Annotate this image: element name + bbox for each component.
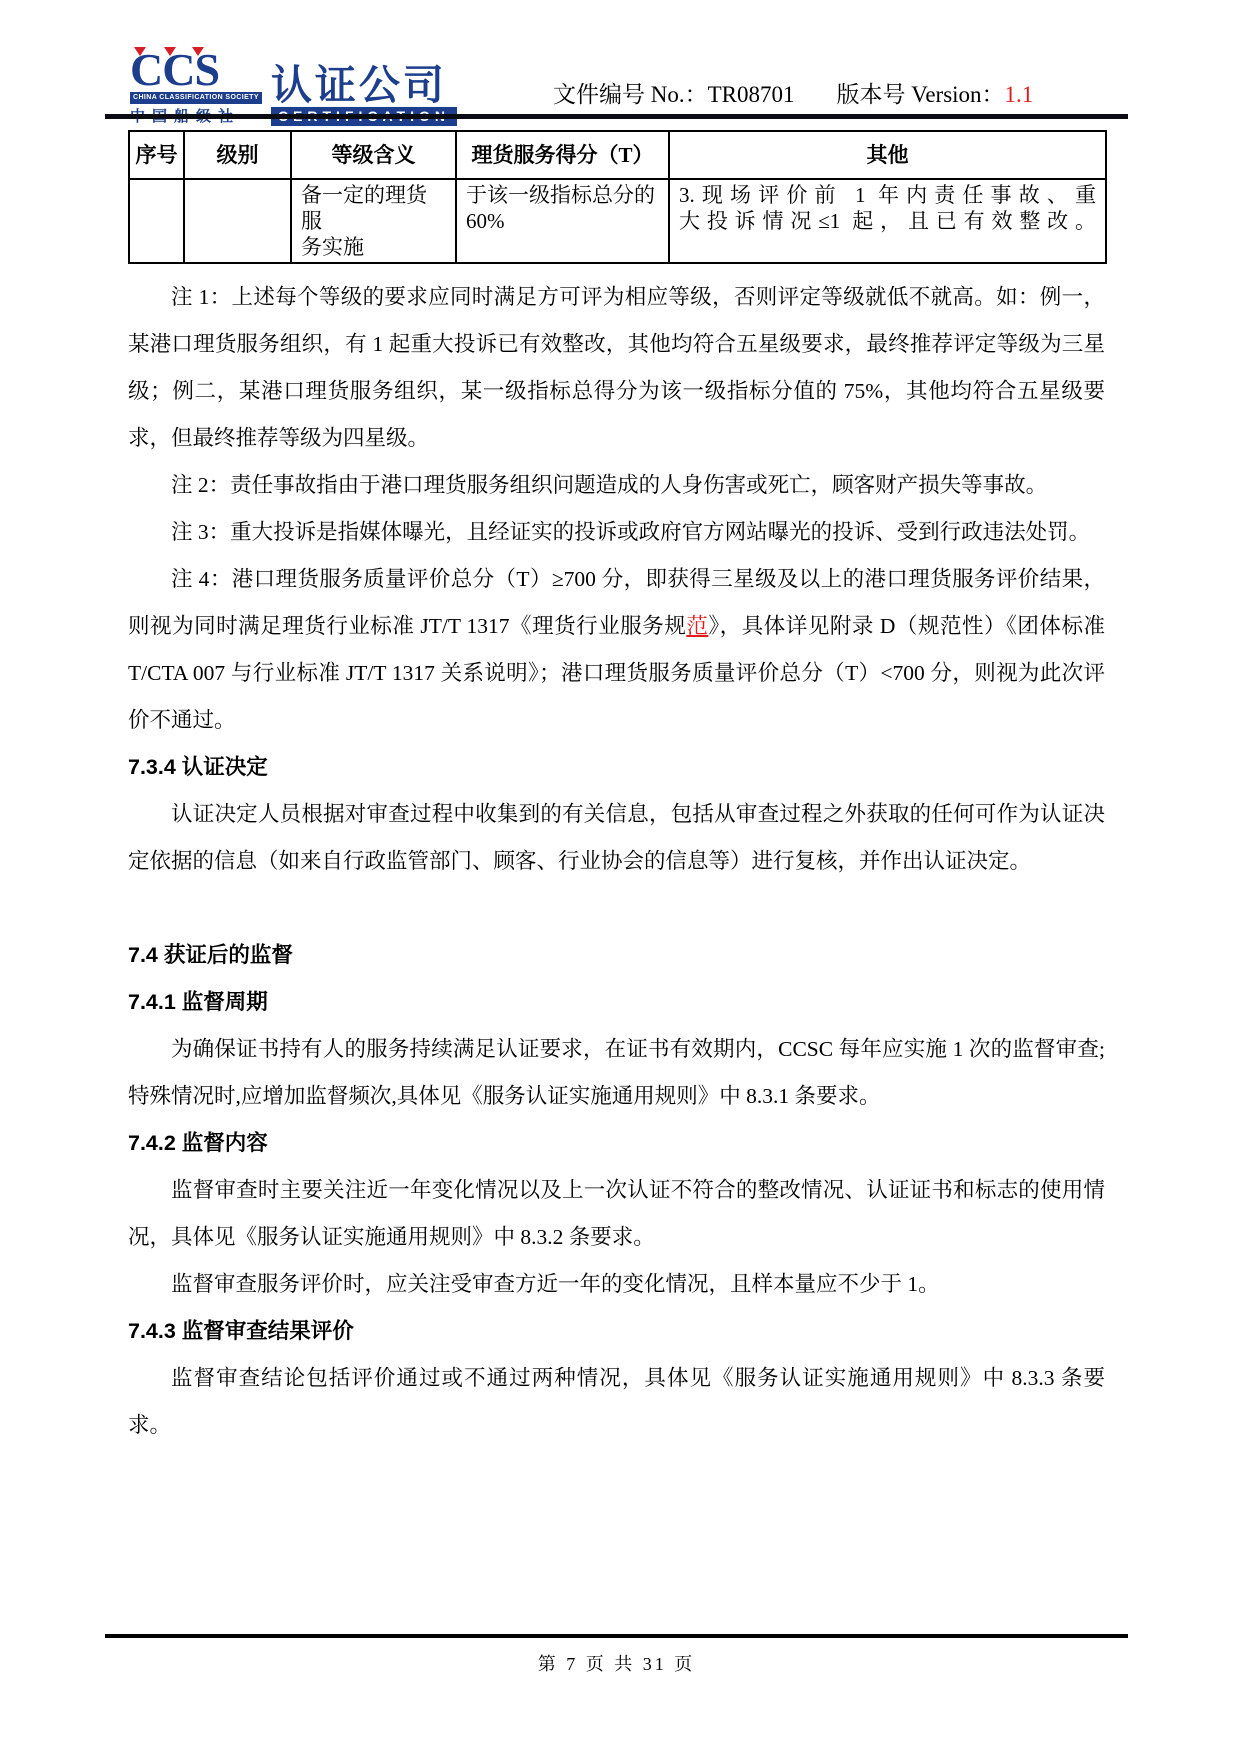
table-row: 备一定的理货服 务实施 于该一级指标总分的 60% 3.现场评价前 1 年内责任…	[129, 179, 1106, 263]
document-info: 文件编号 No.：TR08701版本号 Version：1.1	[553, 76, 1033, 109]
ccs-logo-text: CCS	[130, 50, 262, 90]
company-name: 认证公司	[271, 65, 457, 105]
section-heading-7-4: 7.4 获证后的监督	[128, 932, 1105, 979]
logo-red-accent-icon	[134, 47, 146, 56]
version-label: 版本号 Version：	[837, 82, 1005, 107]
blank-line	[128, 885, 1105, 932]
footer-divider-rule	[105, 1634, 1128, 1638]
section-heading-7-3-4: 7.3.4 认证决定	[128, 744, 1105, 791]
section-heading-7-4-1: 7.4.1 监督周期	[128, 979, 1105, 1026]
section-7-4-2-paragraph-1: 监督审查时主要关注近一年变化情况以及上一次认证不符合的整改情况、认证证书和标志的…	[128, 1167, 1105, 1261]
col-header-score: 理货服务得分（T）	[456, 131, 669, 179]
note-4-red-char: 范	[686, 614, 708, 638]
logo-red-accent-icon	[164, 47, 176, 56]
col-header-meaning: 等级含义	[291, 131, 456, 179]
cell-score: 于该一级指标总分的 60%	[456, 179, 669, 263]
page-number: 第 7 页 共 31 页	[128, 1650, 1105, 1676]
cell-meaning: 备一定的理货服 务实施	[291, 179, 456, 263]
grade-table: 序号 级别 等级含义 理货服务得分（T） 其他 备一定的理货服 务实施 于该一级…	[128, 130, 1107, 264]
col-header-other: 其他	[669, 131, 1106, 179]
doc-number-label: 文件编号 No.：	[553, 82, 708, 107]
section-7-4-3-paragraph: 监督审查结论包括评价通过或不通过两种情况，具体见《服务认证实施通用规则》中 8.…	[128, 1355, 1105, 1449]
doc-number-value: TR08701	[708, 82, 795, 107]
section-heading-7-4-2: 7.4.2 监督内容	[128, 1120, 1105, 1167]
section-7-4-2-paragraph-2: 监督审查服务评价时，应关注受审查方近一年的变化情况，且样本量应不少于 1。	[128, 1261, 1105, 1308]
version-value: 1.1	[1005, 82, 1034, 107]
cell-level	[184, 179, 291, 263]
col-header-seq: 序号	[129, 131, 184, 179]
page-content: 序号 级别 等级含义 理货服务得分（T） 其他 备一定的理货服 务实施 于该一级…	[128, 119, 1105, 1449]
cell-other: 3.现场评价前 1 年内责任事故、重 大投诉情况≤1 起，且已有效整改。	[669, 179, 1106, 263]
note-3: 注 3：重大投诉是指媒体曝光，且经证实的投诉或政府官方网站曝光的投诉、受到行政违…	[128, 509, 1105, 556]
section-heading-7-4-3: 7.4.3 监督审查结果评价	[128, 1308, 1105, 1355]
section-7-4-1-paragraph: 为确保证书持有人的服务持续满足认证要求，在证书有效期内，CCSC 每年应实施 1…	[128, 1026, 1105, 1120]
note-1: 注 1：上述每个等级的要求应同时满足方可评为相应等级，否则评定等级就低不就高。如…	[128, 274, 1105, 462]
cell-seq	[129, 179, 184, 263]
col-header-level: 级别	[184, 131, 291, 179]
note-2: 注 2：责任事故指由于港口理货服务组织问题造成的人身伤害或死亡，顾客财产损失等事…	[128, 462, 1105, 509]
logo-red-accent-icon	[192, 47, 204, 56]
table-header-row: 序号 级别 等级含义 理货服务得分（T） 其他	[129, 131, 1106, 179]
note-4: 注 4：港口理货服务质量评价总分（T）≥700 分，即获得三星级及以上的港口理货…	[128, 556, 1105, 744]
section-7-3-4-paragraph: 认证决定人员根据对审查过程中收集到的有关信息，包括从审查过程之外获取的任何可作为…	[128, 791, 1105, 885]
